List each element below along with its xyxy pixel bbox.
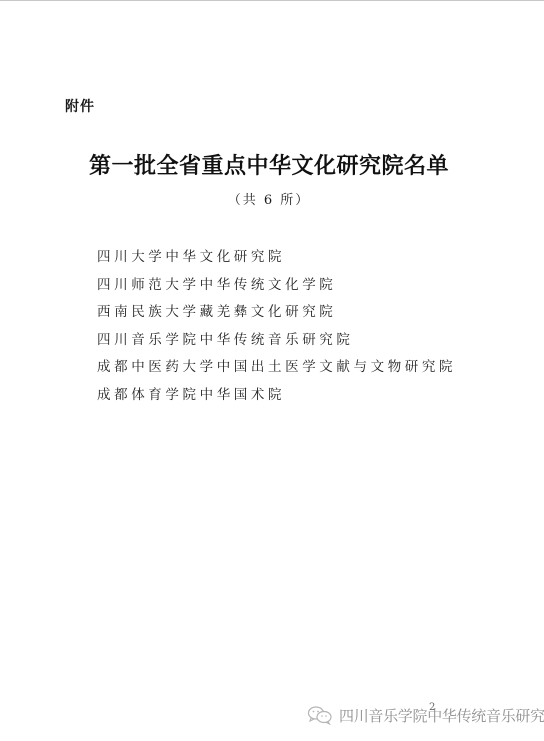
institute-list: 四川大学中华文化研究院 四川师范大学中华传统文化学院 西南民族大学藏羌彝文化研究… [97, 244, 456, 409]
institute-item: 西南民族大学藏羌彝文化研究院 [97, 299, 456, 327]
watermark-account-name: 四川音乐学院中华传统音乐研究院 [339, 705, 544, 726]
institute-item: 成都体育学院中华国术院 [97, 382, 456, 410]
top-border-rule [0, 0, 544, 1]
institute-item: 四川大学中华文化研究院 [97, 244, 456, 272]
document-subtitle: （共 6 所） [0, 189, 544, 208]
institute-item: 四川师范大学中华传统文化学院 [97, 272, 456, 300]
wechat-watermark: 四川音乐学院中华传统音乐研究院 [307, 703, 544, 727]
page-number: 2 [429, 702, 435, 713]
wechat-icon [307, 705, 333, 725]
document-title: 第一批全省重点中华文化研究院名单 [0, 149, 544, 180]
attachment-label: 附件 [65, 96, 95, 116]
institute-item: 四川音乐学院中华传统音乐研究院 [97, 327, 456, 355]
institute-item: 成都中医药大学中国出土医学文献与文物研究院 [97, 354, 456, 382]
